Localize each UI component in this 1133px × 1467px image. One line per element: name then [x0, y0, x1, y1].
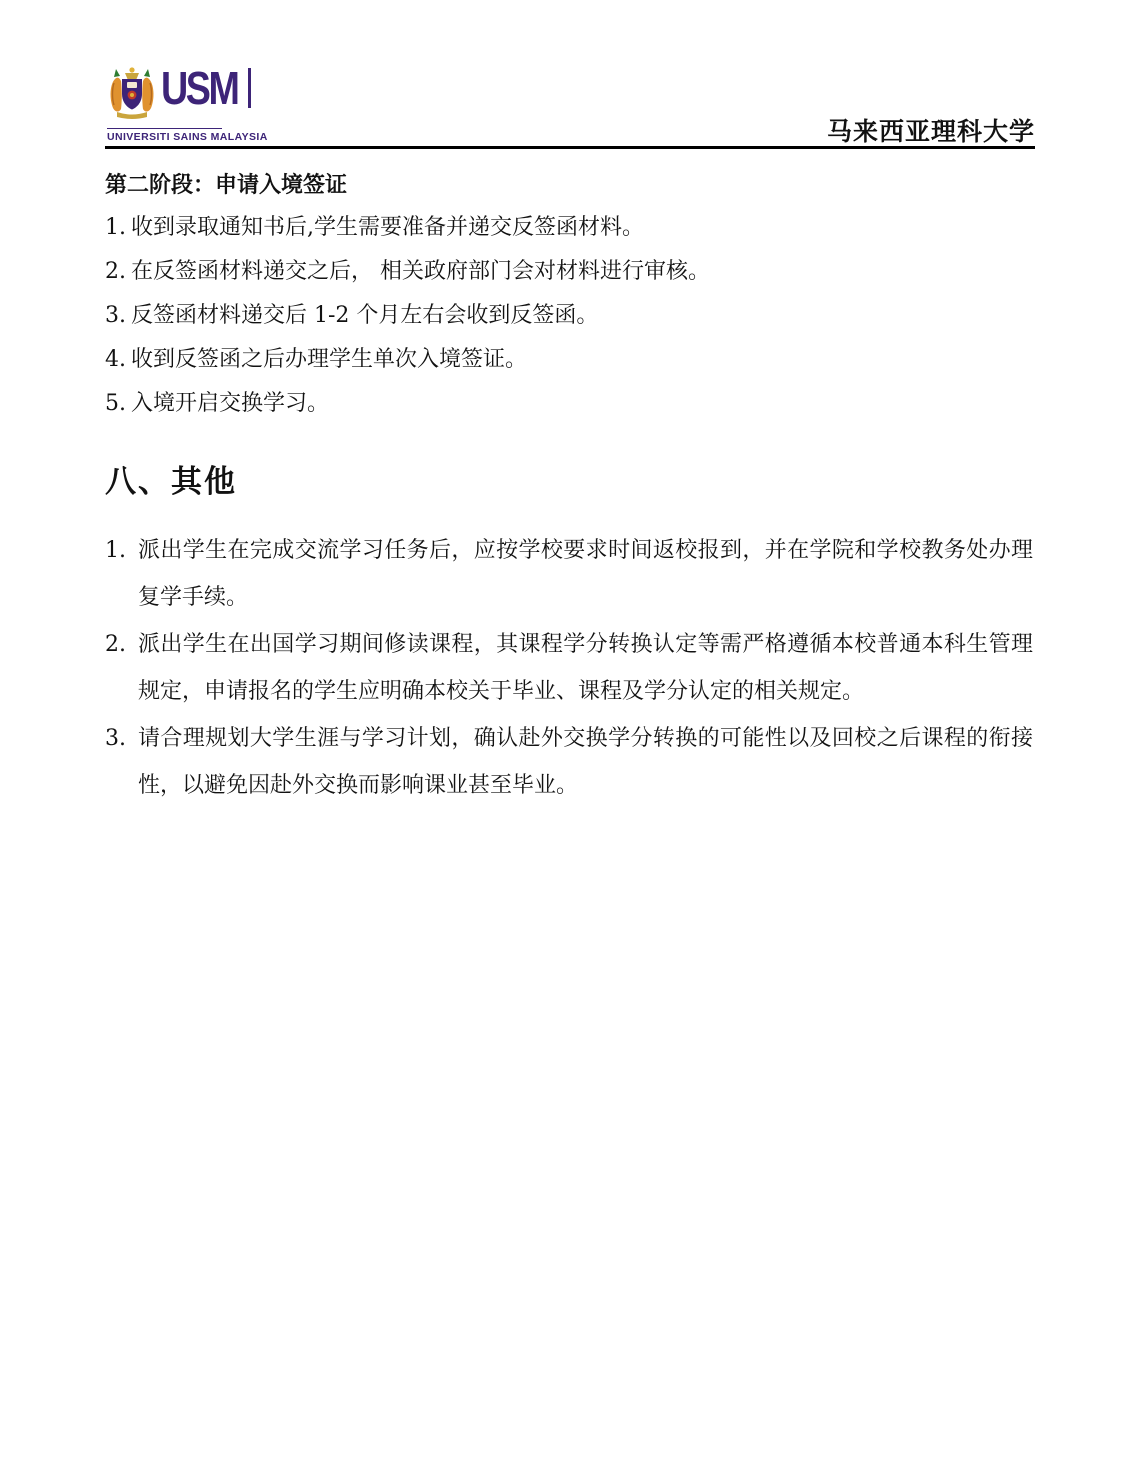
- usm-logo-wordmark: UNIVERSITI SAINS MALAYSIA: [107, 128, 222, 143]
- usm-acronym: USM: [161, 66, 237, 110]
- phase-item: 5.入境开启交换学习。: [105, 382, 1033, 426]
- usm-crest-icon: [107, 66, 157, 122]
- item-number: 1.: [105, 527, 126, 574]
- item-text: 请合理规划大学生涯与学习计划，确认赴外交换学分转换的可能性以及回校之后课程的衔接…: [138, 726, 1033, 798]
- phase-list: 1.收到录取通知书后,学生需要准备并递交反签函材料。 2.在反签函材料递交之后，…: [105, 206, 1033, 426]
- phase-item: 2.在反签函材料递交之后， 相关政府部门会对材料进行审核。: [105, 250, 1033, 294]
- other-list: 1.派出学生在完成交流学习任务后，应按学校要求时间返校报到，并在学院和学校教务处…: [105, 527, 1033, 809]
- item-number: 3.: [105, 303, 126, 328]
- phase-heading: 第二阶段：申请入境签证: [105, 170, 1033, 200]
- other-item: 1.派出学生在完成交流学习任务后，应按学校要求时间返校报到，并在学院和学校教务处…: [105, 527, 1033, 621]
- document-page: USM UNIVERSITI SAINS MALAYSIA 马来西亚理科大学 第…: [0, 0, 1133, 1467]
- header-rule: [105, 146, 1035, 149]
- item-text: 派出学生在出国学习期间修读课程，其课程学分转换认定等需严格遵循本校普通本科生管理…: [138, 632, 1033, 704]
- item-number: 4.: [105, 347, 126, 372]
- item-number: 2.: [105, 621, 126, 668]
- item-number: 2.: [105, 259, 126, 284]
- item-text: 在反签函材料递交之后， 相关政府部门会对材料进行审核。: [131, 259, 710, 284]
- item-text: 入境开启交换学习。: [131, 391, 329, 416]
- item-text: 反签函材料递交后 1-2 个月左右会收到反签函。: [131, 303, 598, 328]
- item-number: 5.: [105, 391, 126, 416]
- usm-logo: USM UNIVERSITI SAINS MALAYSIA: [107, 66, 251, 143]
- item-number: 3.: [105, 715, 126, 762]
- phase-item: 3.反签函材料递交后 1-2 个月左右会收到反签函。: [105, 294, 1033, 338]
- phase-item: 1.收到录取通知书后,学生需要准备并递交反签函材料。: [105, 206, 1033, 250]
- section-heading: 八、其他: [105, 460, 237, 504]
- other-item: 2.派出学生在出国学习期间修读课程，其课程学分转换认定等需严格遵循本校普通本科生…: [105, 621, 1033, 715]
- phase-item: 4.收到反签函之后办理学生单次入境签证。: [105, 338, 1033, 382]
- item-text: 收到录取通知书后,学生需要准备并递交反签函材料。: [131, 215, 644, 240]
- item-text: 派出学生在完成交流学习任务后，应按学校要求时间返校报到，并在学院和学校教务处办理…: [138, 538, 1033, 610]
- other-item: 3.请合理规划大学生涯与学习计划，确认赴外交换学分转换的可能性以及回校之后课程的…: [105, 715, 1033, 809]
- item-number: 1.: [105, 215, 126, 240]
- item-text: 收到反签函之后办理学生单次入境签证。: [131, 347, 527, 372]
- header-university-name: 马来西亚理科大学: [827, 112, 1035, 148]
- usm-logo-bar: [248, 68, 251, 108]
- phase-section: 第二阶段：申请入境签证 1.收到录取通知书后,学生需要准备并递交反签函材料。 2…: [105, 170, 1033, 426]
